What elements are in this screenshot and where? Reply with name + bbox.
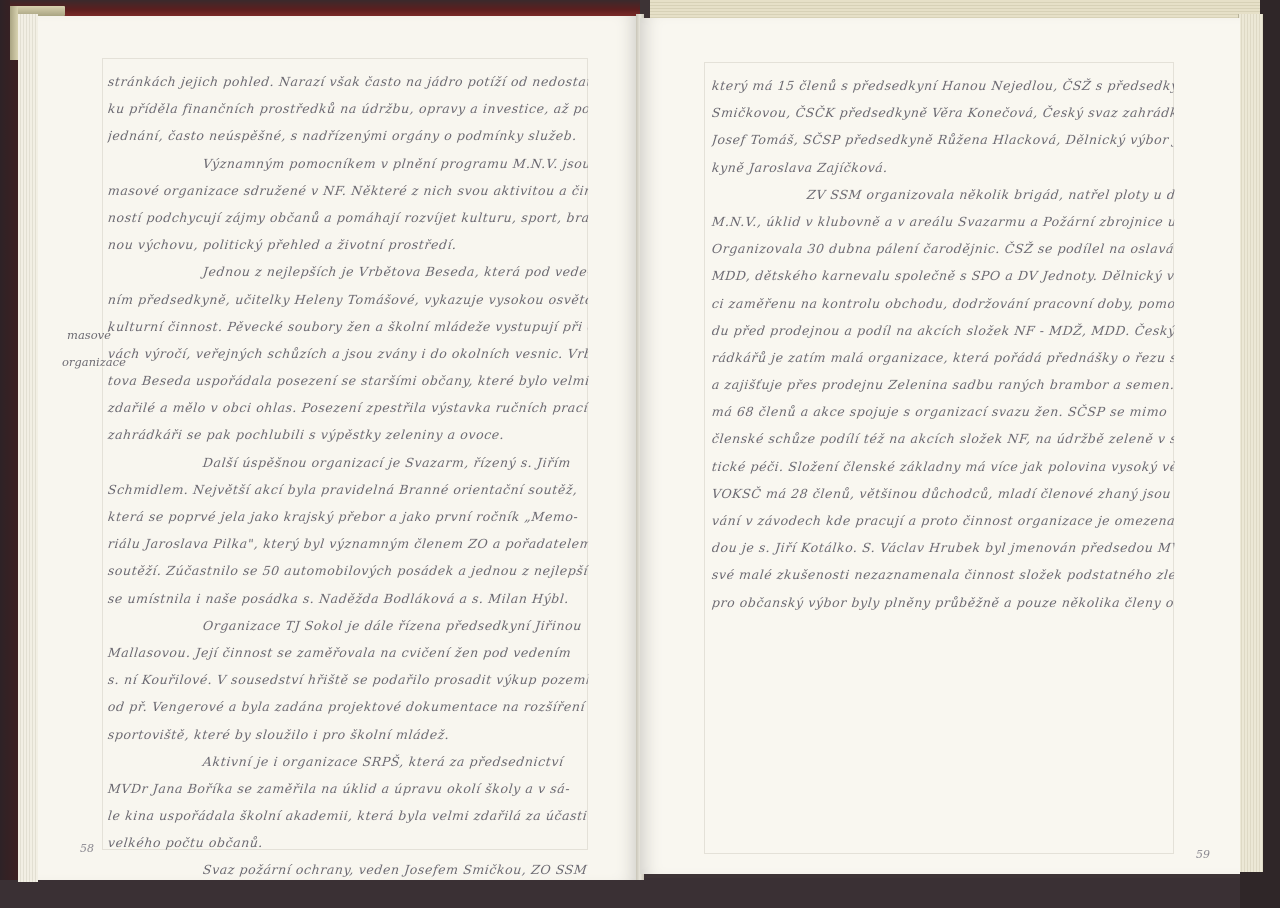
handwritten-line: Další úspěšnou organizací je Svazarm, ří… <box>107 449 590 476</box>
handwritten-line: MVDr Jana Boříka se zaměřila na úklid a … <box>107 775 590 802</box>
handwritten-line: která se poprvé jela jako krajský přebor… <box>107 503 590 530</box>
handwritten-line: Organizovala 30 dubna pálení čarodějnic.… <box>711 235 1176 262</box>
handwritten-line: riálu Jaroslava Pilka", který byl význam… <box>107 530 590 557</box>
handwritten-line: velkého počtu občanů. <box>107 829 590 856</box>
handwritten-line: sportoviště, které by sloužilo i pro ško… <box>107 721 590 748</box>
handwritten-line: tova Beseda uspořádala posezení se starš… <box>107 367 590 394</box>
handwritten-line: ZV SSM organizovala několik brigád, natř… <box>711 181 1176 208</box>
handwritten-line: své malé zkušenosti nezaznamenala činnos… <box>711 561 1176 588</box>
handwritten-line: ku příděla finančních prostředků na údrž… <box>107 95 590 122</box>
handwritten-line: který má 15 členů s předsedkyní Hanou Ne… <box>711 72 1176 99</box>
left-page: masové organizace stránkách jejich pohle… <box>38 16 640 880</box>
handwritten-line: ností podchycují zájmy občanů a pomáhají… <box>107 204 590 231</box>
handwritten-line: M.N.V., úklid v klubovně a v areálu Svaz… <box>711 208 1176 235</box>
handwritten-line: MDD, dětského karnevalu společně s SPO a… <box>711 262 1176 289</box>
handwritten-line: kyně Jaroslava Zajíčková. <box>711 154 1176 181</box>
handwritten-line: ním předsedkyně, učitelky Heleny Tomášov… <box>107 286 590 313</box>
corner-protector-vertical <box>10 6 18 60</box>
handwritten-line: stránkách jejich pohled. Narazí však čas… <box>107 68 590 95</box>
page-number: 59 <box>1196 848 1210 861</box>
handwritten-line: Jednou z nejlepších je Vrbětova Beseda, … <box>107 258 590 285</box>
handwritten-line: soutěží. Zúčastnilo se 50 automobilových… <box>107 557 590 584</box>
right-page: který má 15 členů s předsedkyní Hanou Ne… <box>640 18 1240 874</box>
handwritten-line: s. ní Kouřilové. V sousedství hřiště se … <box>107 666 590 693</box>
handwritten-line: jednání, často neúspěšné, s nadřízenými … <box>107 122 590 149</box>
handwritten-line: Schmidlem. Největší akcí byla pravidelná… <box>107 476 590 503</box>
handwritten-line: kulturní činnost. Pěvecké soubory žen a … <box>107 313 590 340</box>
handwritten-line: vách výročí, veřejných schůzích a jsou z… <box>107 340 590 367</box>
page-number: 58 <box>80 842 94 855</box>
handwritten-line: od př. Vengerové a byla zadána projektov… <box>107 693 590 720</box>
handwritten-line: pro občanský výbor byly plněny průběžně … <box>711 589 1176 616</box>
handwritten-line: a zajišťuje přes prodejnu Zelenina sadbu… <box>711 371 1176 398</box>
handwritten-line: Mallasovou. Její činnost se zaměřovala n… <box>107 639 590 666</box>
handwritten-line: se umístnila i naše posádka s. Naděžda B… <box>107 585 590 612</box>
handwritten-line: vání v závodech kde pracují a proto činn… <box>711 507 1176 534</box>
handwritten-line: nou výchovu, politický přehled a životní… <box>107 231 590 258</box>
handwritten-text-block: stránkách jejich pohled. Narazí však čas… <box>108 68 588 884</box>
handwritten-line: Organizace TJ Sokol je dále řízena předs… <box>107 612 590 639</box>
page-block-right <box>1238 14 1263 872</box>
handwritten-line: Josef Tomáš, SČSP předsedkyně Růžena Hla… <box>711 126 1176 153</box>
handwritten-line: le kina uspořádala školní akademii, kter… <box>107 802 590 829</box>
handwritten-line: členské schůze podílí též na akcích slož… <box>711 425 1176 452</box>
handwritten-line: du před prodejnou a podíl na akcích slož… <box>711 317 1176 344</box>
handwritten-line: ci zaměřenu na kontrolu obchodu, dodržov… <box>711 290 1176 317</box>
handwritten-line: Významným pomocníkem v plnění programu M… <box>107 150 590 177</box>
handwritten-line: VOKSČ má 28 členů, většinou důchodců, ml… <box>711 480 1176 507</box>
page-block-left <box>18 14 38 882</box>
handwritten-line: Smičkovou, ČSČK předsedkyně Věra Konečov… <box>711 99 1176 126</box>
handwritten-text-block: který má 15 členů s předsedkyní Hanou Ne… <box>712 72 1174 616</box>
handwritten-line: rádkářů je zatím malá organizace, která … <box>711 344 1176 371</box>
handwritten-line: masové organizace sdružené v NF. Některé… <box>107 177 590 204</box>
book-cover-top-edge <box>10 0 640 16</box>
page-block-top <box>650 0 1260 18</box>
handwritten-line: zdařilé a mělo v obci ohlas. Posezení zp… <box>107 394 590 421</box>
handwritten-line: dou je s. Jiří Kotálko. S. Václav Hrubek… <box>711 534 1176 561</box>
handwritten-line: tické péči. Složení členské základny má … <box>711 453 1176 480</box>
handwritten-line: Svaz požární ochrany, veden Josefem Smič… <box>107 856 590 883</box>
handwritten-line: Aktivní je i organizace SRPŠ, která za p… <box>107 748 590 775</box>
handwritten-line: má 68 členů a akce spojuje s organizací … <box>711 398 1176 425</box>
handwritten-line: zahrádkáři se pak pochlubili s výpěstky … <box>107 421 590 448</box>
